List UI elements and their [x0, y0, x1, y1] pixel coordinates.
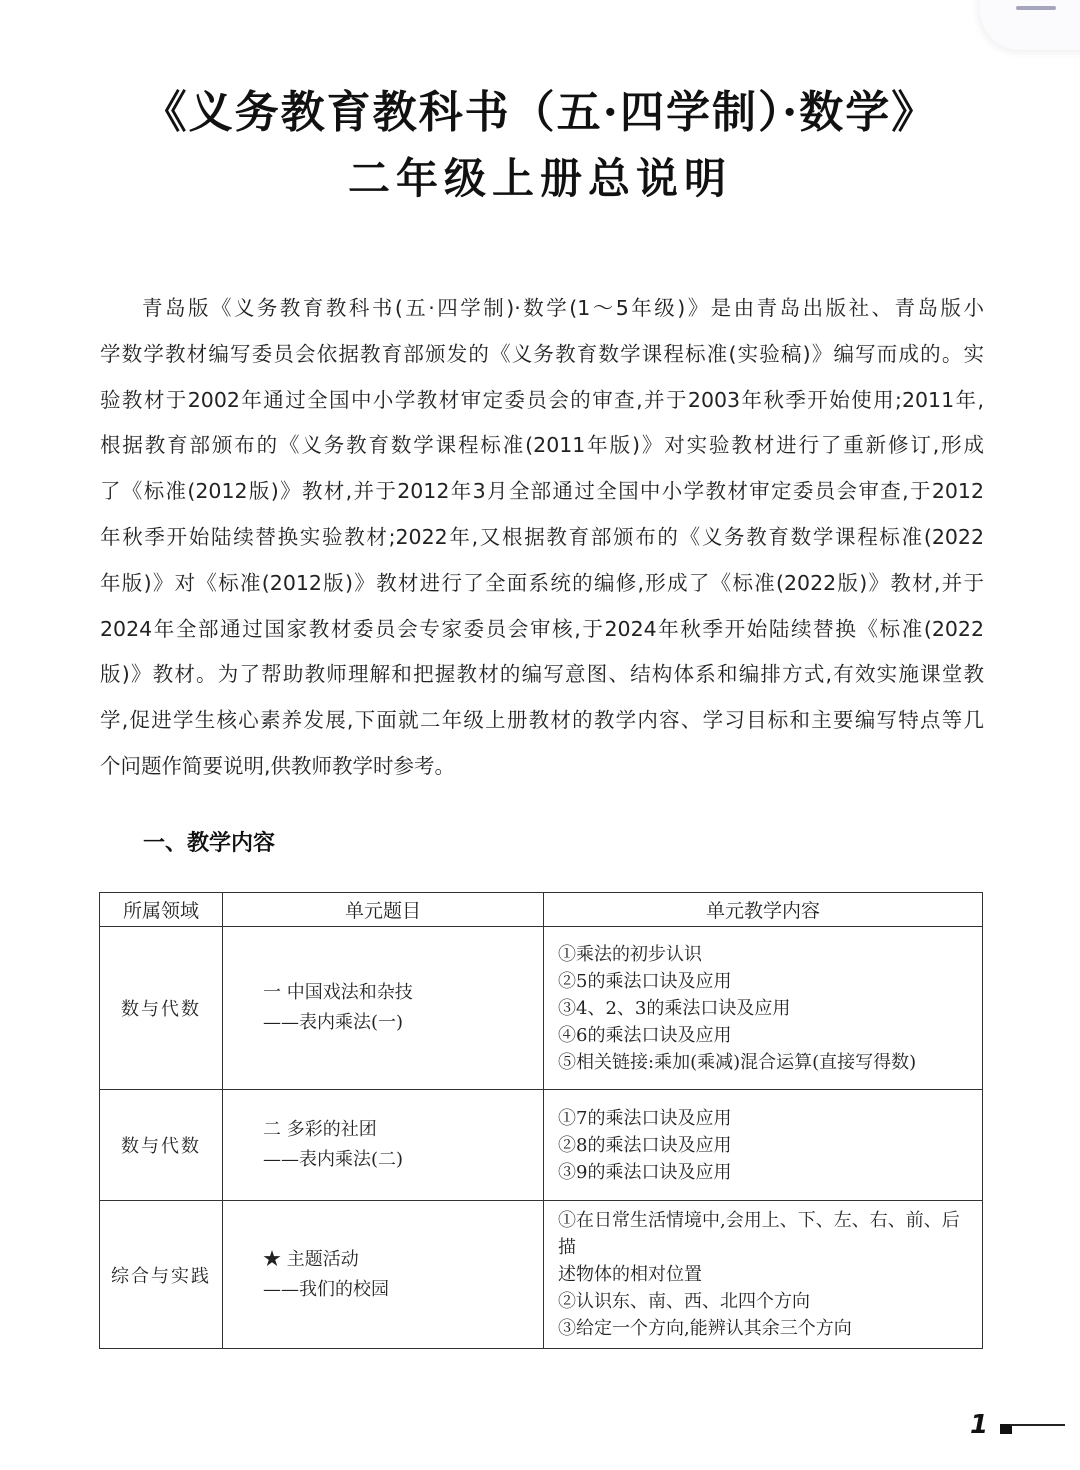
- table-row: 数与代数 一 中国戏法和杂技 ——表内乘法(一) ①乘法的初步认识 ②5的乘法口…: [100, 927, 983, 1090]
- unit-subtitle: ——我们的校园: [263, 1275, 543, 1305]
- content-item: ①在日常生活情境中,会用上、下、左、右、前、后描: [558, 1207, 972, 1261]
- content-item: ③9的乘法口诀及应用: [558, 1159, 972, 1186]
- unit-content-cell: ①乘法的初步认识 ②5的乘法口诀及应用 ③4、2、3的乘法口诀及应用 ④6的乘法…: [544, 927, 983, 1090]
- domain-cell: 综合与实践: [100, 1201, 223, 1349]
- content-item: ①乘法的初步认识: [558, 941, 972, 968]
- header-domain: 所属领域: [100, 893, 223, 927]
- table-header-row: 所属领域 单元题目 单元教学内容: [100, 893, 983, 927]
- content-item: ⑤相关链接:乘加(乘减)混合运算(直接写得数): [558, 1049, 972, 1076]
- unit-subtitle: ——表内乘法(二): [263, 1145, 543, 1175]
- paragraph-line: 根据教育部颁布的《义务教育数学课程标准(2011年版)》对实验教材进行了重新修订…: [100, 423, 984, 469]
- header-unit-title: 单元题目: [223, 893, 544, 927]
- unit-content-cell: ①在日常生活情境中,会用上、下、左、右、前、后描 述物体的相对位置 ②认识东、南…: [544, 1201, 983, 1349]
- content-item: ②5的乘法口诀及应用: [558, 968, 972, 995]
- table-row: 数与代数 二 多彩的社团 ——表内乘法(二) ①7的乘法口诀及应用 ②8的乘法口…: [100, 1090, 983, 1201]
- content-item: ②8的乘法口诀及应用: [558, 1132, 972, 1159]
- section-heading: 一、教学内容: [143, 826, 275, 857]
- paragraph-line: 了《标准(2012版)》教材,并于2012年3月全部通过全国中小学教材审定委员会…: [100, 469, 984, 515]
- paragraph-line: 个问题作简要说明,供教师教学时参考。: [100, 744, 984, 790]
- unit-title-cell: ★ 主题活动 ——我们的校园: [223, 1201, 544, 1349]
- page-number: 1: [970, 1410, 988, 1440]
- unit-title-cell: 一 中国戏法和杂技 ——表内乘法(一): [223, 927, 544, 1090]
- content-item: ③4、2、3的乘法口诀及应用: [558, 995, 972, 1022]
- unit-subtitle: ——表内乘法(一): [263, 1008, 543, 1038]
- document-title: 《义务教育教科书（五·四学制）·数学》: [0, 76, 1080, 140]
- content-item: ②认识东、南、西、北四个方向: [558, 1288, 972, 1315]
- paragraph-line: 年版)》对《标准(2012版)》教材进行了全面系统的编修,形成了《标准(2022…: [100, 561, 984, 607]
- unit-title: ★ 主题活动: [263, 1245, 543, 1275]
- content-item: ④6的乘法口诀及应用: [558, 1022, 972, 1049]
- paragraph-line: 年秋季开始陆续替换实验教材;2022年,又根据教育部颁布的《义务教育数学课程标准…: [100, 515, 984, 561]
- header-unit-content: 单元教学内容: [544, 893, 983, 927]
- teaching-content-table: 所属领域 单元题目 单元教学内容 数与代数 一 中国戏法和杂技 ——表内乘法(一…: [99, 892, 983, 1349]
- domain-cell: 数与代数: [100, 1090, 223, 1201]
- unit-title: 一 中国戏法和杂技: [263, 978, 543, 1008]
- paragraph-line: 版)》教材。为了帮助教师理解和把握教材的编写意图、结构体系和编排方式,有效实施课…: [100, 652, 984, 698]
- content-item: ①7的乘法口诀及应用: [558, 1105, 972, 1132]
- paragraph-line: 2024年全部通过国家教材委员会专家委员会审核,于2024年秋季开始陆续替换《标…: [100, 607, 984, 653]
- unit-title-cell: 二 多彩的社团 ——表内乘法(二): [223, 1090, 544, 1201]
- paragraph-line: 验教材于2002年通过全国中小学教材审定委员会的审查,并于2003年秋季开始使用…: [100, 378, 984, 424]
- document-subtitle: 二年级上册总说明: [0, 146, 1080, 206]
- domain-cell: 数与代数: [100, 927, 223, 1090]
- content-item: ③给定一个方向,能辨认其余三个方向: [558, 1315, 972, 1342]
- unit-title: 二 多彩的社团: [263, 1115, 543, 1145]
- table-row: 综合与实践 ★ 主题活动 ——我们的校园 ①在日常生活情境中,会用上、下、左、右…: [100, 1201, 983, 1349]
- floating-toolbar-widget[interactable]: [980, 0, 1080, 50]
- page-rule-divider: [1010, 1424, 1065, 1426]
- paragraph-line: 青岛版《义务教育教科书(五·四学制)·数学(1～5年级)》是由青岛出版社、青岛版…: [100, 286, 984, 332]
- content-item: 述物体的相对位置: [558, 1261, 972, 1288]
- paragraph-line: 学数学教材编写委员会依据教育部颁发的《义务教育数学课程标准(实验稿)》编写而成的…: [100, 332, 984, 378]
- minimize-bar-icon[interactable]: [1016, 6, 1056, 10]
- intro-paragraph: 青岛版《义务教育教科书(五·四学制)·数学(1～5年级)》是由青岛出版社、青岛版…: [100, 286, 984, 790]
- unit-content-cell: ①7的乘法口诀及应用 ②8的乘法口诀及应用 ③9的乘法口诀及应用: [544, 1090, 983, 1201]
- paragraph-line: 学,促进学生核心素养发展,下面就二年级上册教材的教学内容、学习目标和主要编写特点…: [100, 698, 984, 744]
